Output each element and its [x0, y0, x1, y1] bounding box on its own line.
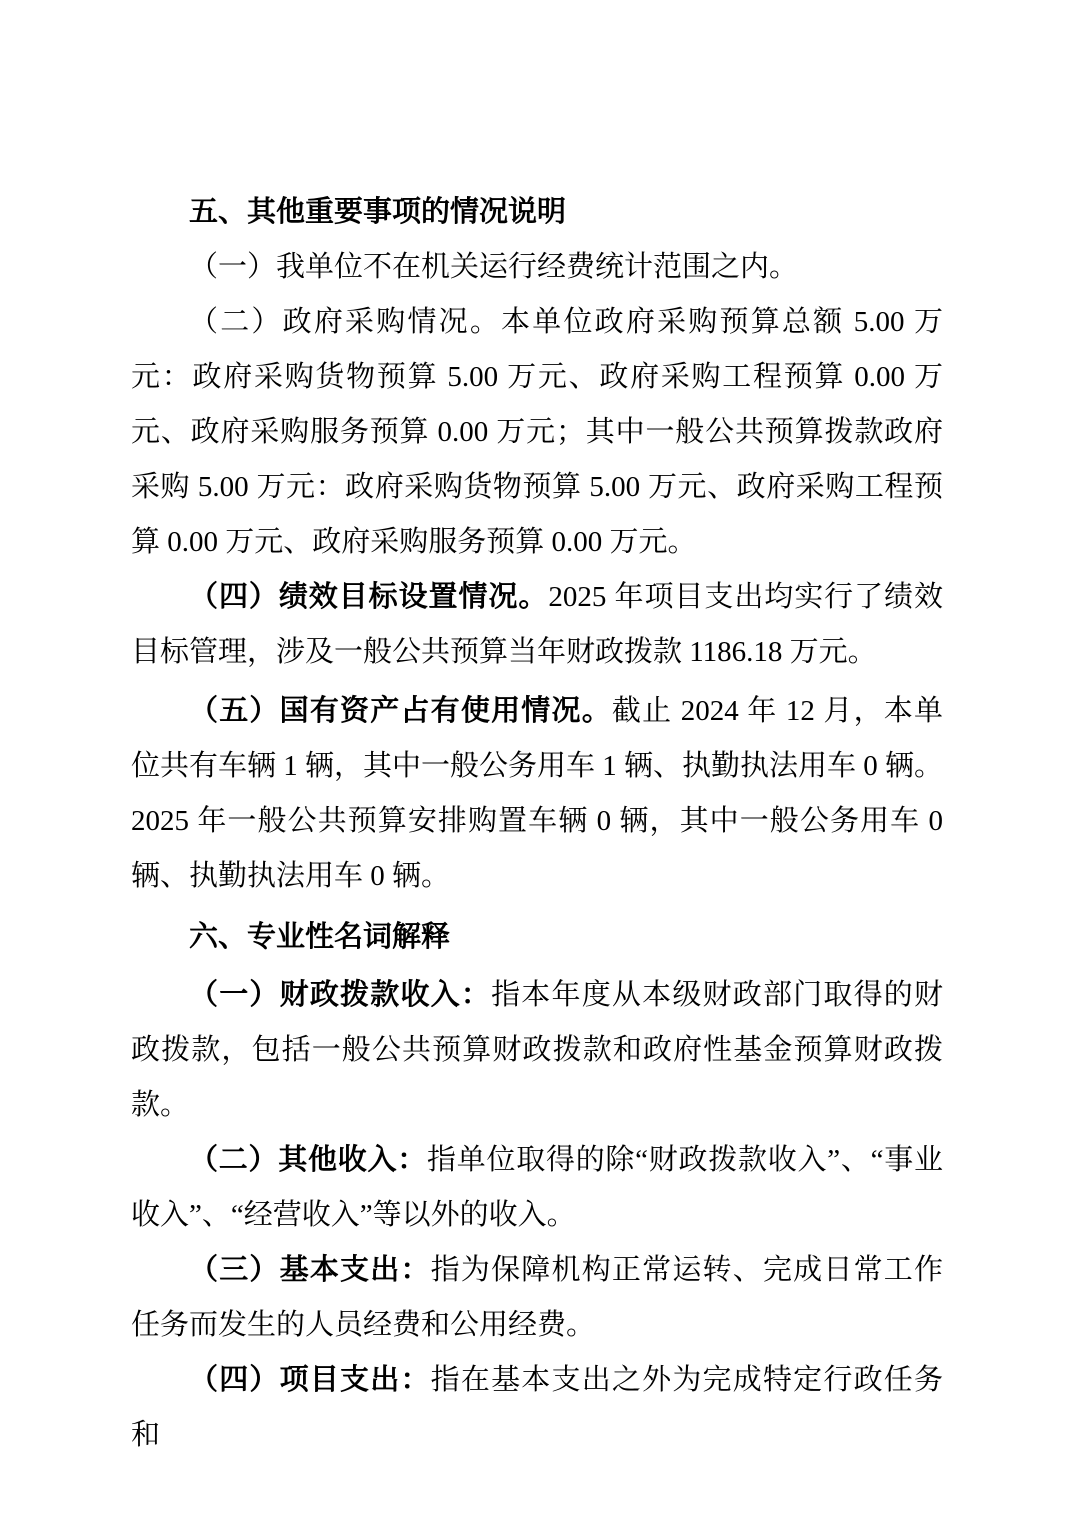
paragraph-lead: （四）绩效目标设置情况。 [189, 581, 548, 613]
section-other-important-matters: 五、其他重要事项的情况说明 （一）我单位不在机关运行经费统计范围之内。 （二）政… [131, 185, 943, 904]
paragraph-lead: （三）基本支出： [189, 1254, 431, 1286]
paragraph-lead: （一）财政拨款收入： [189, 979, 491, 1011]
paragraph-project-expenditure: （四）项目支出：指在基本支出之外为完成特定行政任务和 [131, 1353, 943, 1463]
paragraph-agency-operating-funds: （一）我单位不在机关运行经费统计范围之内。 [131, 240, 943, 295]
section-heading-six: 六、专业性名词解释 [131, 910, 943, 965]
document-body: 五、其他重要事项的情况说明 （一）我单位不在机关运行经费统计范围之内。 （二）政… [131, 185, 943, 1463]
paragraph-basic-expenditure: （三）基本支出：指为保障机构正常运转、完成日常工作任务而发生的人员经费和公用经费… [131, 1243, 943, 1353]
paragraph-government-procurement: （二）政府采购情况。本单位政府采购预算总额 5.00 万元：政府采购货物预算 5… [131, 295, 943, 570]
paragraph-text: （一）我单位不在机关运行经费统计范围之内。 [189, 251, 798, 283]
section-heading-five: 五、其他重要事项的情况说明 [131, 185, 943, 240]
document-page: 五、其他重要事项的情况说明 （一）我单位不在机关运行经费统计范围之内。 （二）政… [0, 0, 1074, 1520]
paragraph-lead: （二）其他收入： [189, 1144, 427, 1176]
paragraph-performance-targets: （四）绩效目标设置情况。2025 年项目支出均实行了绩效目标管理，涉及一般公共预… [131, 570, 943, 680]
paragraph-text: （二）政府采购情况。本单位政府采购预算总额 5.00 万元：政府采购货物预算 5… [131, 306, 943, 558]
paragraph-lead: （四）项目支出： [189, 1364, 431, 1396]
paragraph-lead: （五）国有资产占有使用情况。 [189, 695, 612, 727]
paragraph-state-owned-assets: （五）国有资产占有使用情况。截止 2024 年 12 月，本单位共有车辆 1 辆… [131, 684, 943, 904]
section-terminology: 六、专业性名词解释 （一）财政拨款收入：指本年度从本级财政部门取得的财政拨款，包… [131, 910, 943, 1463]
paragraph-other-income: （二）其他收入：指单位取得的除“财政拨款收入”、“事业收入”、“经营收入”等以外… [131, 1133, 943, 1243]
paragraph-fiscal-appropriation-income: （一）财政拨款收入：指本年度从本级财政部门取得的财政拨款，包括一般公共预算财政拨… [131, 968, 943, 1133]
